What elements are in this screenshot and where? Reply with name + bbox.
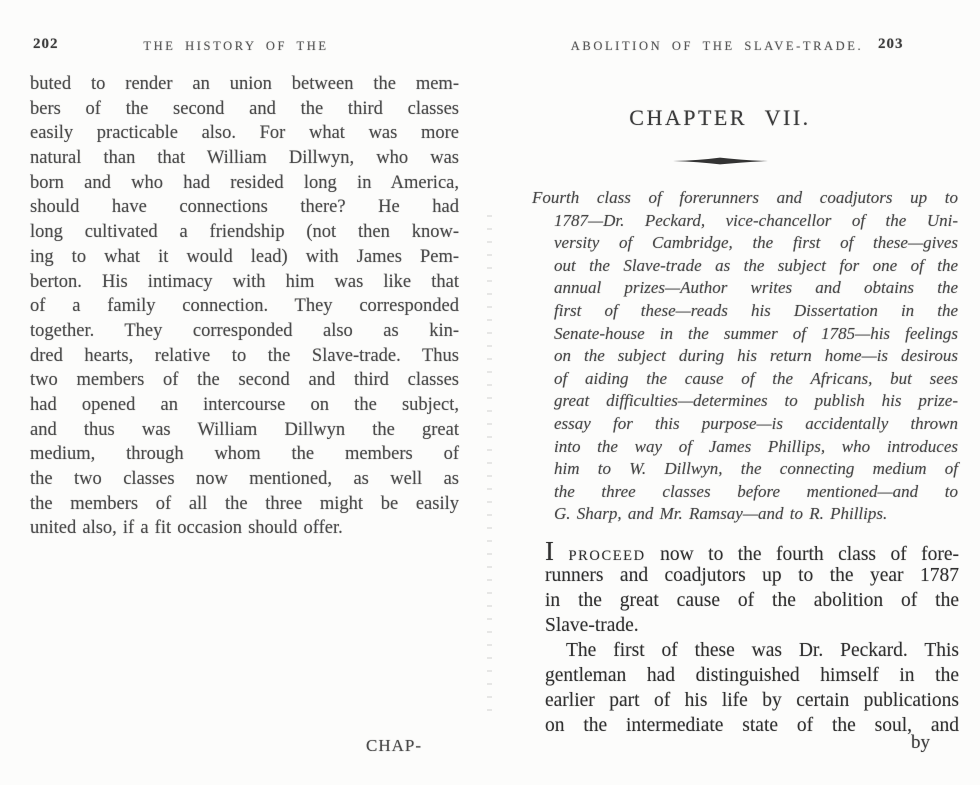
body-line-opening: I PROCEED now to the fourth class of for… xyxy=(545,538,959,563)
summary-line: on the subject during his return home—is… xyxy=(532,345,958,368)
body-line: and thus was William Dillwyn the great xyxy=(30,418,459,443)
summary-line: great difficulties—determines to publish… xyxy=(532,390,958,413)
summary-line: annual prizes—Author writes and obtains … xyxy=(532,277,958,300)
body-line: earlier part of his life by certain publ… xyxy=(545,688,959,713)
left-catchword: CHAP- xyxy=(366,736,422,756)
summary-line: Fourth class of forerunners and coadjuto… xyxy=(532,187,958,210)
body-line: buted to render an union between the mem… xyxy=(30,72,459,97)
summary-line: of aiding the cause of the Africans, but… xyxy=(532,368,958,391)
summary-line: G. Sharp, and Mr. Ramsay—and to R. Phill… xyxy=(532,503,958,526)
opening-initial: I xyxy=(545,536,554,566)
chapter-heading: CHAPTER VII. xyxy=(490,105,950,131)
summary-line: 1787—Dr. Peckard, vice-chancellor of the… xyxy=(532,210,958,233)
body-line: easily practicable also. For what was mo… xyxy=(30,121,459,146)
summary-line: Senate-house in the summer of 1785—his f… xyxy=(532,323,958,346)
scanned-book-spread: 202 THE HISTORY OF THE buted to render a… xyxy=(0,0,980,785)
right-page-number: 203 xyxy=(878,36,904,53)
summary-line: into the way of James Phillips, who intr… xyxy=(532,436,958,459)
body-line: two members of the second and third clas… xyxy=(30,368,459,393)
body-line: runners and coadjutors up to the year 17… xyxy=(545,563,959,588)
summary-line: him to W. Dillwyn, the connecting medium… xyxy=(532,458,958,481)
opening-smallcaps: PROCEED xyxy=(568,548,645,564)
body-line: in the great cause of the abolition of t… xyxy=(545,588,959,613)
chapter-summary: Fourth class of forerunners and coadjuto… xyxy=(532,187,958,526)
body-line: the two classes now mentioned, as well a… xyxy=(30,467,459,492)
body-line: gentleman had distinguished himself in t… xyxy=(545,663,959,688)
left-body-text: buted to render an union between the mem… xyxy=(30,72,459,541)
body-line: Slave-trade. xyxy=(545,613,959,638)
summary-line: essay for this purpose—is accidentally t… xyxy=(532,413,958,436)
right-body-text: I PROCEED now to the fourth class of for… xyxy=(545,538,959,738)
opening-rest: now to the fourth class of fore- xyxy=(660,544,959,565)
body-line: The first of these was Dr. Peckard. This xyxy=(545,638,959,663)
summary-line: out the Slave-trade as the subject for o… xyxy=(532,255,958,278)
body-line: natural than that William Dillwyn, who w… xyxy=(30,146,459,171)
body-line: ing to what it would lead) with James Pe… xyxy=(30,245,459,270)
chapter-rule-ornament xyxy=(673,153,768,163)
body-line: the members of all the three might be ea… xyxy=(30,492,459,517)
body-line: had opened an intercourse on the subject… xyxy=(30,393,459,418)
body-line: bers of the second and the third classes xyxy=(30,97,459,122)
body-line: should have connections there? He had xyxy=(30,195,459,220)
body-line: dred hearts, relative to the Slave-trade… xyxy=(30,344,459,369)
summary-line: the three classes before mentioned—and t… xyxy=(532,481,958,504)
summary-line: first of these—reads his Dissertation in… xyxy=(532,300,958,323)
body-line: of a family connection. They corresponde… xyxy=(30,294,459,319)
body-line: medium, through whom the members of xyxy=(30,442,459,467)
right-catchword: by xyxy=(870,732,930,754)
right-page: ABOLITION OF THE SLAVE-TRADE. 203 CHAPTE… xyxy=(490,0,980,785)
body-line: long cultivated a friendship (not then k… xyxy=(30,220,459,245)
summary-line: versity of Cambridge, the first of these… xyxy=(532,232,958,255)
body-line: born and who had resided long in America… xyxy=(30,171,459,196)
left-page: 202 THE HISTORY OF THE buted to render a… xyxy=(0,0,490,785)
body-line: together. They corresponded also as kin- xyxy=(30,319,459,344)
body-line: united also, if a fit occasion should of… xyxy=(30,516,459,541)
body-line: berton. His intimacy with him was like t… xyxy=(30,270,459,295)
right-running-title: ABOLITION OF THE SLAVE-TRADE. xyxy=(497,39,937,54)
left-running-title: THE HISTORY OF THE xyxy=(16,39,456,54)
